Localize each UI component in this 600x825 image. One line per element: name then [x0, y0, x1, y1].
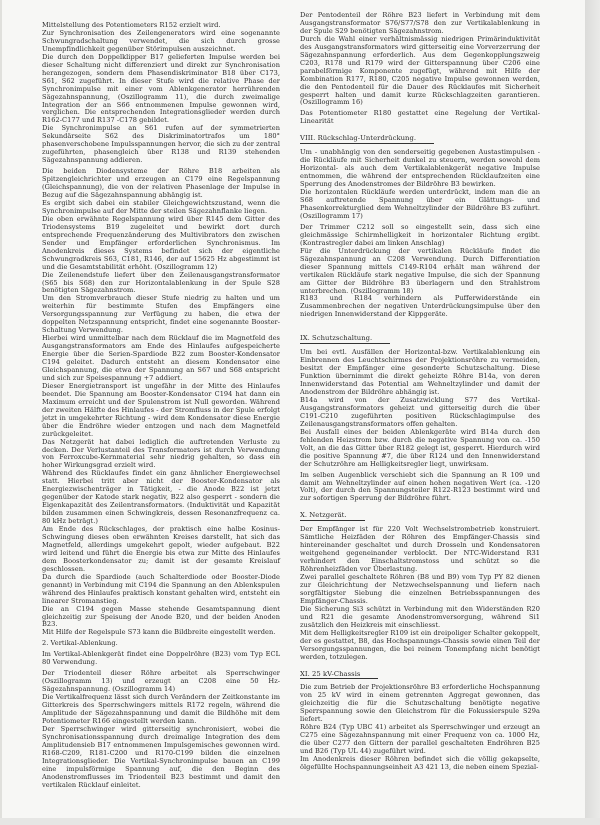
- paragraph: Im selben Augenblick verschiebt sich die…: [300, 472, 540, 504]
- paragraph: Die Sicherung Si3 schützt in Verbindung …: [300, 606, 540, 630]
- section-heading: X. Netzgerät.: [300, 512, 365, 521]
- paragraph: Der Triodenteil dieser Röhre arbeitet al…: [42, 670, 280, 694]
- page-bottom-edge: [0, 818, 600, 825]
- section-schutzschaltung: IX. Schutzschaltung. Um bei evtl. Ausfäl…: [300, 329, 540, 503]
- paragraph: Das Potentiometer R180 gestattet eine Re…: [300, 110, 540, 126]
- paragraph: Am Ende des Rückschlages, der praktisch …: [42, 526, 280, 574]
- paragraph: Die oben erwähnte Regelspannung wird übe…: [42, 216, 280, 272]
- paragraph: Die durch den Doppelklipper B17 geliefer…: [42, 54, 280, 126]
- paragraph: Der Sperrschwinger wird gitterseitig syn…: [42, 726, 280, 790]
- paragraph: Die zum Betrieb der Projektionsröhre B3 …: [300, 684, 540, 724]
- section-heading: IX. Schutzschaltung.: [300, 335, 390, 344]
- page-edge-shadow: [585, 0, 600, 825]
- paragraph: R183 und R184 verhindern als Pufferwider…: [300, 295, 540, 319]
- paragraph: Da durch die Spardiode (auch Schalterdio…: [42, 574, 280, 606]
- section-netzgeraet: X. Netzgerät. Der Empfänger ist für 220 …: [300, 506, 540, 661]
- section-rueckschlag-unterdrueckung: VIII. Rückschlag-Unterdrückung. Um - una…: [300, 129, 540, 319]
- paragraph: Zwei parallel geschaltete Röhren (B8 und…: [300, 574, 540, 606]
- section-heading: VIII. Rückschlag-Unterdrückung.: [300, 135, 434, 144]
- paragraph: Die an C194 gegen Masse stehende Gesamts…: [42, 606, 280, 630]
- section-25kv-chassis: XI. 25 kV-Chassis Die zum Betrieb der Pr…: [300, 665, 540, 772]
- paragraph: Die horizontalen Rückläufe werden unterd…: [300, 189, 540, 221]
- paragraph: Für die Unterdrückung der vertikalen Rüc…: [300, 248, 540, 296]
- paragraph: Die Vertikalfrequenz lässt sich durch Ve…: [42, 694, 280, 726]
- paragraph: Die Synchronimpulse an S61 rufen auf der…: [42, 125, 280, 165]
- section-heading: XI. 25 kV-Chassis: [300, 671, 378, 680]
- paragraph: Um den Stromverbrauch dieser Stufe niedr…: [42, 295, 280, 335]
- paragraph: Die beiden Diodensysteme der Röhre B18 a…: [42, 168, 280, 200]
- paragraph: Der Trimmer C212 soll so eingestellt sei…: [300, 224, 540, 248]
- paragraph: Hierbei wird unmittelbar nach dem Rückla…: [42, 335, 280, 383]
- paragraph: Der Pentodenteil der Röhre B23 liefert i…: [300, 12, 540, 36]
- paragraph: Der Empfänger ist für 220 Volt Wechselst…: [300, 526, 540, 574]
- paragraph: Zur Synchronisation des Zeilengenerators…: [42, 30, 280, 54]
- right-column: Der Pentodenteil der Röhre B23 liefert i…: [300, 12, 540, 772]
- paragraph: Mit Hilfe der Regelspule S73 kann die Bi…: [42, 629, 280, 637]
- paragraph: Röhre B24 (Typ UBC 41) arbeitet als Sper…: [300, 724, 540, 756]
- paragraph: Dieser Energietransport ist ungefähr in …: [42, 383, 280, 439]
- document-page: Mittelstellung des Potentiometers R152 e…: [0, 0, 587, 818]
- paragraph: Die Zeilenendstufe liefert über den Zeil…: [42, 272, 280, 296]
- paragraph: Mit dem Helligkeitsregler R109 ist ein d…: [300, 630, 540, 662]
- paragraph: Es ergibt sich dabei ein stabiler Gleich…: [42, 200, 280, 216]
- paragraph: Durch die Wahl einer verhältnismässig ni…: [300, 36, 540, 108]
- paragraph: Während des Rücklaufes findet ein ganz ä…: [42, 470, 280, 526]
- paragraph: Im Anodenkreis dieser Röhren befindet si…: [300, 756, 540, 772]
- section-heading-vertical-ablenkung: 2. Vertikal-Ablenkung.: [42, 640, 280, 648]
- paragraph: B14a wird von der Zusatzwicklung S77 des…: [300, 397, 540, 429]
- paragraph: Um - unabhängig von den senderseitig geg…: [300, 149, 540, 189]
- paragraph: Das Netzgerät hat dabei lediglich die au…: [42, 439, 280, 471]
- paragraph: Bei Ausfall eines der beiden Ablenkgerät…: [300, 429, 540, 469]
- paragraph: Um bei evtl. Ausfällen der Horizontal-bz…: [300, 349, 540, 397]
- paragraph: Im Vertikal-Ablenkgerät findet eine Dopp…: [42, 651, 280, 667]
- left-column: Mittelstellung des Potentiometers R152 e…: [42, 22, 280, 790]
